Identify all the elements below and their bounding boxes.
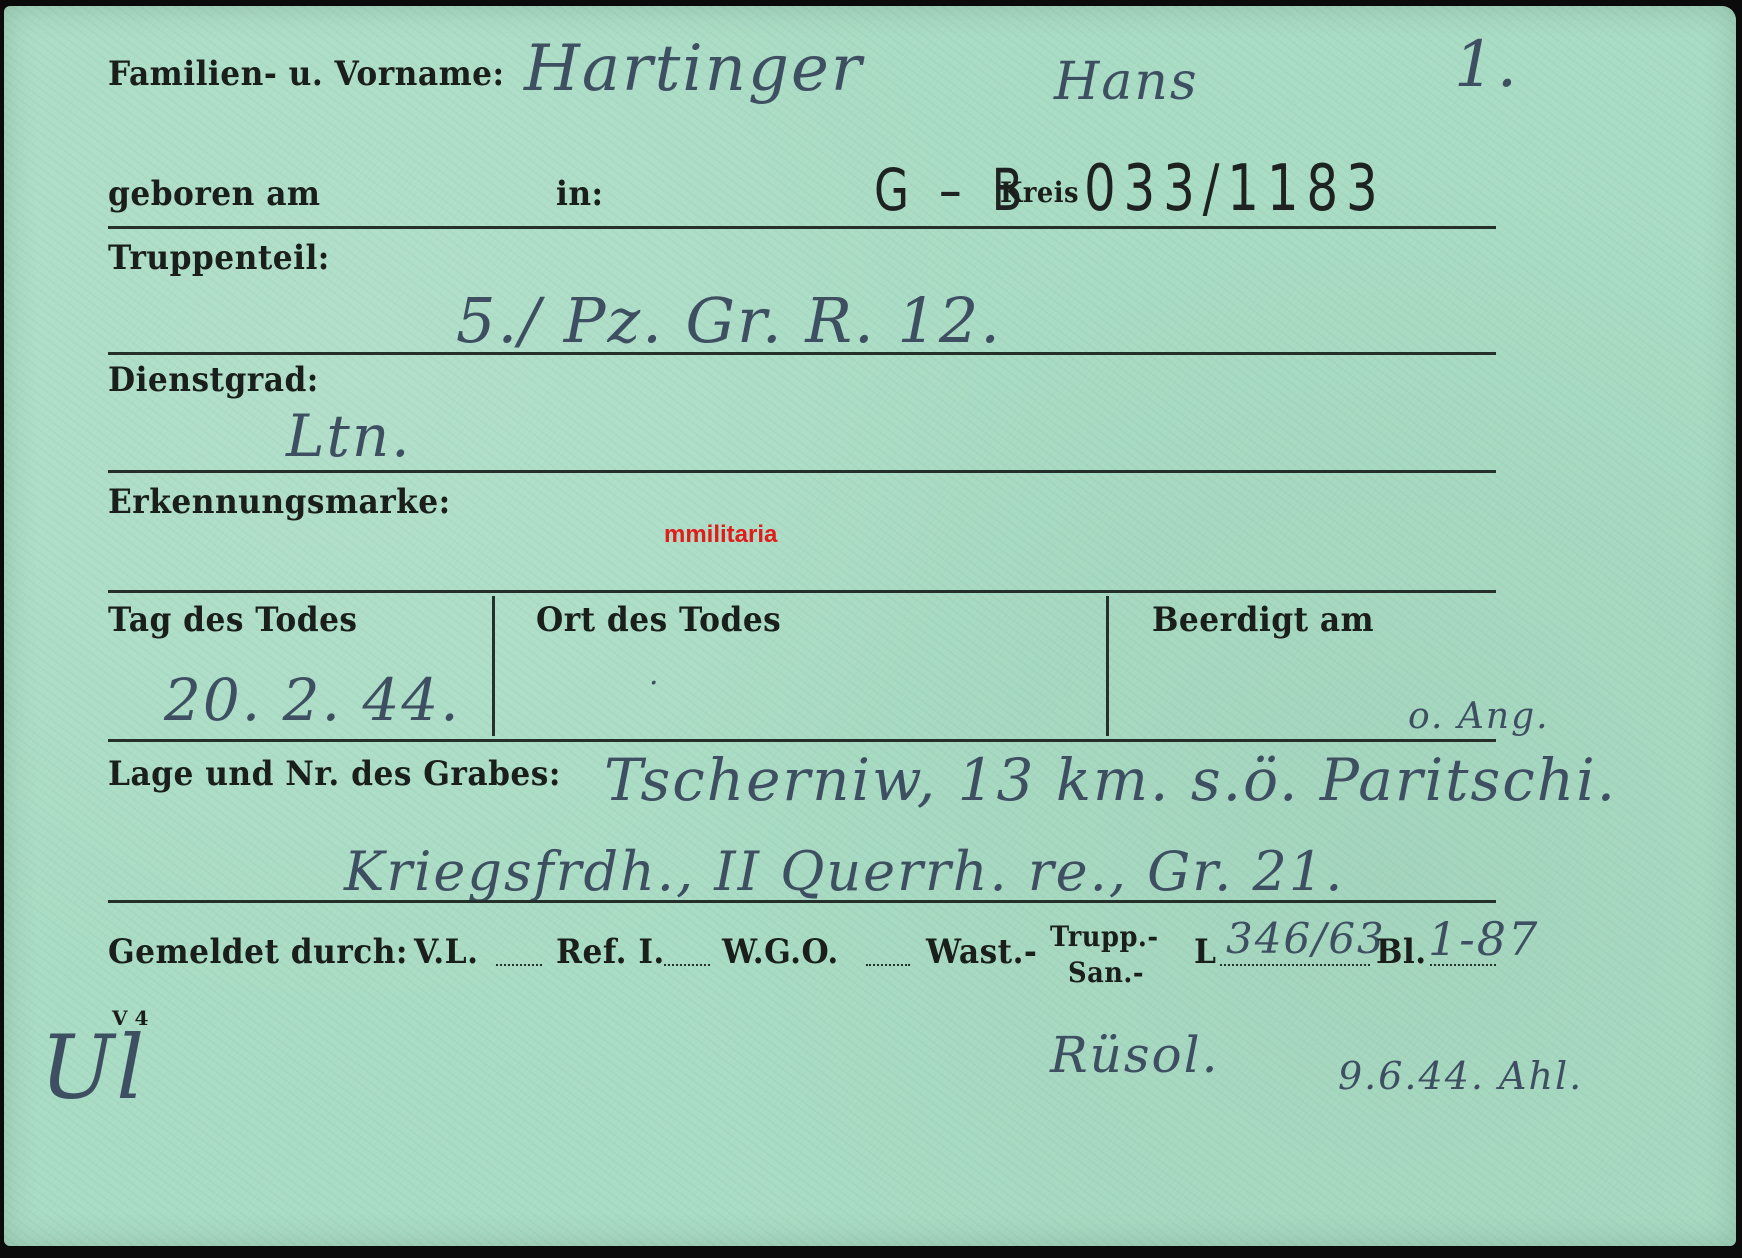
kreis-label: Kreis: [1000, 176, 1079, 209]
unit-value: 5./ Pz. Gr. R. 12.: [456, 284, 1002, 357]
death-date-value: 20. 2. 44.: [164, 666, 461, 734]
divider-grave: [108, 900, 1496, 903]
death-place-label: Ort des Todes: [536, 600, 781, 640]
rank-value: Ltn.: [286, 402, 412, 470]
date-bottom: 9.6.44. Ahl.: [1338, 1054, 1583, 1098]
unit-label: Truppenteil:: [108, 238, 330, 278]
dots-l: [1220, 964, 1370, 966]
death-date-label: Tag des Todes: [108, 600, 358, 640]
table-divider-1: [492, 596, 495, 736]
reported-option-wgo: W.G.O.: [722, 932, 839, 972]
name-label: Familien- u. Vorname:: [108, 54, 505, 94]
dots-wgo: [866, 964, 910, 966]
rank-label: Dienstgrad:: [108, 360, 319, 400]
divider-unit: [108, 352, 1496, 355]
family-name-value: Hartinger: [524, 32, 863, 106]
corner-mark: 1.: [1454, 28, 1519, 102]
grave-line-1: Tscherniw, 13 km. s.ö. Paritschi.: [604, 746, 1617, 814]
grave-line-2: Kriegsfrdh., II Querrh. re., Gr. 21.: [344, 840, 1344, 903]
bl-label: Bl.: [1376, 932, 1427, 972]
reported-option-wast: Wast.-: [926, 932, 1037, 972]
death-record-card: Familien- u. Vorname: Hartinger Hans 1. …: [4, 6, 1736, 1246]
buried-label: Beerdigt am: [1152, 600, 1374, 640]
dots-bl: [1430, 964, 1496, 966]
san-label: San.-: [1068, 956, 1144, 989]
reported-option-vl: V.L.: [414, 932, 478, 972]
l-label: L: [1194, 932, 1216, 972]
trupp-label: Trupp.-: [1050, 920, 1159, 953]
signature-bottom: Rüsol.: [1050, 1026, 1220, 1084]
divider-table: [108, 739, 1496, 742]
born-label: geboren am: [108, 174, 320, 214]
divider-born: [108, 226, 1496, 229]
initial-left: Ul: [40, 1016, 146, 1119]
dots-ref: [664, 964, 710, 966]
born-in-label: in:: [556, 174, 604, 214]
buried-value: o. Ang.: [1408, 696, 1550, 737]
reported-option-ref: Ref. I.: [556, 932, 665, 972]
stamp-number: 033/1183: [1084, 152, 1386, 226]
identity-tag-label: Erkennungsmarke:: [108, 482, 451, 522]
table-divider-2: [1106, 596, 1109, 736]
reported-label: Gemeldet durch:: [108, 932, 408, 972]
l-value: 346/63: [1226, 914, 1386, 963]
divider-tag: [108, 590, 1496, 593]
grave-label: Lage und Nr. des Grabes:: [108, 754, 561, 794]
death-place-value: ·: [649, 666, 661, 701]
divider-rank: [108, 470, 1496, 473]
given-name-value: Hans: [1054, 52, 1199, 112]
bl-value: 1-87: [1428, 912, 1539, 966]
watermark: mmilitaria: [664, 521, 777, 549]
dots-vl: [496, 964, 542, 966]
